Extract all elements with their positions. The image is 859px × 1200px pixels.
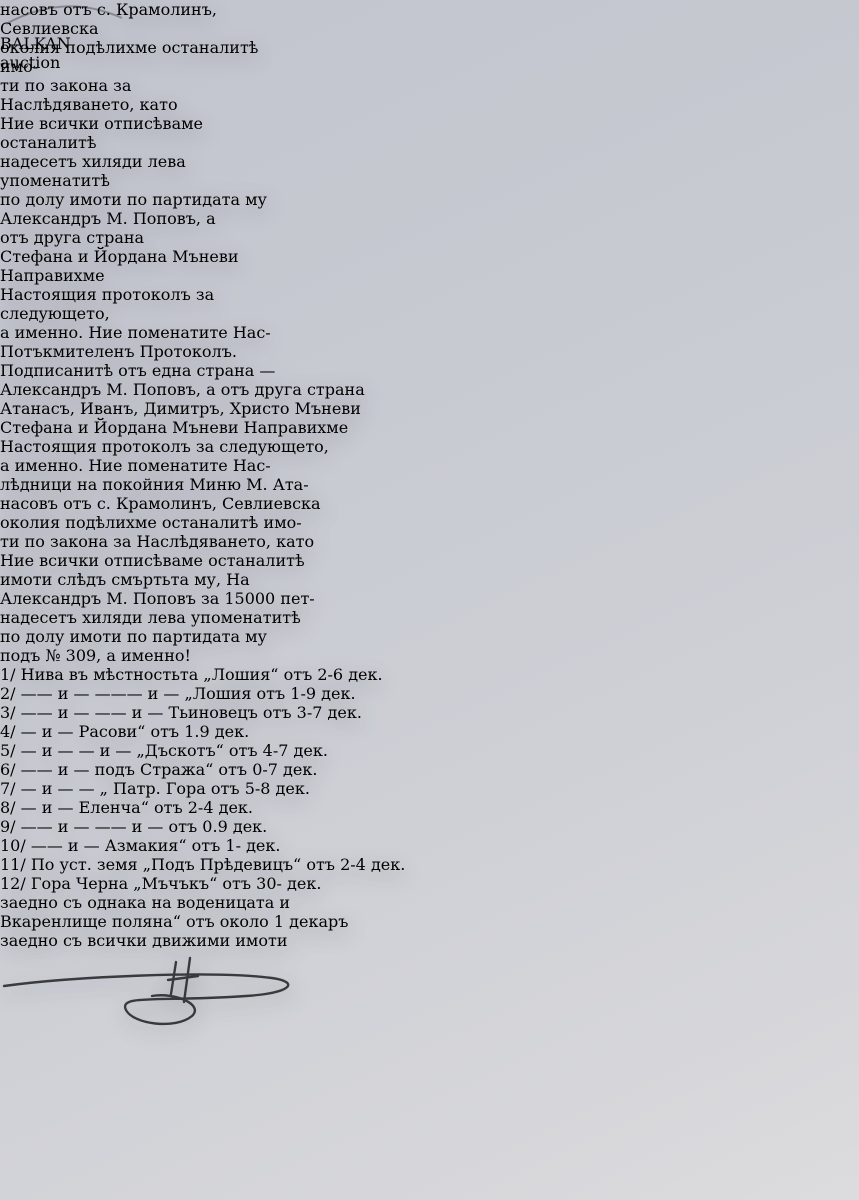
handwritten-line: подъ № 309, а именно! (0, 646, 859, 665)
item-number: 1/ (0, 665, 16, 684)
handwritten-line: а именно. Ние поменатите Нас- (0, 456, 859, 475)
item-range: 5-8 (245, 779, 271, 798)
item-unit: дек. (348, 665, 382, 684)
item-name: —— и — ——— и — „Лошия (21, 684, 252, 703)
item-name: —— и — —— и — Тьиновецъ (21, 703, 258, 722)
item-number: 5/ (0, 741, 16, 760)
list-item: 12/ Гора Черна „Мъчъкъ“ отъ 30- дек. (0, 874, 859, 893)
handwritten-line: заедно съ однака на воденицата и (0, 893, 859, 912)
item-from: отъ (306, 855, 335, 874)
item-name: — и — Расови“ (21, 722, 146, 741)
handwritten-line: околия подѣлихме останалитѣ имо- (0, 513, 859, 532)
item-unit: дек. (215, 722, 249, 741)
item-range: 2-6 (317, 665, 343, 684)
handwritten-line: Настоящия протоколъ за следующето, (0, 437, 859, 456)
item-range: 3-7 (297, 703, 323, 722)
closing-block: заедно съ однака на воденицата иВкаренли… (0, 893, 859, 950)
handwritten-line: Подписанитѣ отъ една страна — (0, 361, 859, 380)
item-unit: дек. (219, 798, 253, 817)
list-item: 8/ — и — Еленча“ отъ 2-4 дек. (0, 798, 859, 817)
item-from: отъ (229, 741, 258, 760)
list-item: 1/ Нива въ мѣстностьта „Лошия“ отъ 2-6 д… (0, 665, 859, 684)
paragraph-block: Подписанитѣ отъ една страна —Александръ … (0, 361, 859, 665)
item-number: 6/ (0, 760, 16, 779)
photograph-background: насовъ отъ с. Крамолинъ, Севлиевскаоколи… (0, 0, 859, 1200)
item-range: 1.9 (184, 722, 209, 741)
item-range: 1-9 (290, 684, 316, 703)
item-unit: дек. (328, 703, 362, 722)
list-item: 6/ —— и — подъ Стража“ отъ 0-7 дек. (0, 760, 859, 779)
item-range: 4-7 (263, 741, 289, 760)
item-number: 12/ (0, 874, 26, 893)
item-number: 3/ (0, 703, 16, 722)
item-from: отъ (192, 836, 221, 855)
handwritten-line: насовъ отъ с. Крамолинъ, Севлиевска (0, 494, 859, 513)
paper-shadow: насовъ отъ с. Крамолинъ, Севлиевскаоколи… (0, 0, 859, 1200)
item-unit: дек. (287, 874, 321, 893)
item-unit: дек. (233, 817, 267, 836)
item-range: 30- (256, 874, 282, 893)
list-item: 9/ —— и — —— и — отъ 0.9 дек. (0, 817, 859, 836)
item-unit: дек. (294, 741, 328, 760)
item-from: отъ (154, 798, 183, 817)
list-item: 2/ —— и — ——— и — „Лошия отъ 1-9 дек. (0, 684, 859, 703)
handwritten-line: Александръ М. Поповъ за 15000 пет- (0, 589, 859, 608)
item-name: Нива въ мѣстностьта „Лошия“ (21, 665, 279, 684)
item-unit: дек. (371, 855, 405, 874)
handwritten-line: Александръ М. Поповъ, а отъ друга страна (0, 380, 859, 399)
item-from: отъ (169, 817, 198, 836)
handwritten-line: надесетъ хиляди лева упоменатитѣ (0, 608, 859, 627)
item-name: По уст. земя „Подъ Прѣдевицъ“ (31, 855, 301, 874)
handwritten-content: Потъкмителенъ Протоколъ. Подписанитѣ отъ… (0, 342, 859, 950)
document-title: Потъкмителенъ Протоколъ. (0, 342, 859, 361)
handwritten-line: заедно съ всички движими имоти (0, 931, 859, 950)
item-unit: дек. (246, 836, 280, 855)
item-number: 10/ (0, 836, 26, 855)
list-item: 4/ — и — Расови“ отъ 1.9 дек. (0, 722, 859, 741)
item-name: —— и — подъ Стража“ (21, 760, 214, 779)
item-from: отъ (150, 722, 179, 741)
handwritten-line: Стефана и Йордана Мъневи Направихме (0, 418, 859, 437)
bleed-through-text: насовъ отъ с. Крамолинъ, Севлиевскаоколи… (0, 0, 859, 342)
list-item: 11/ По уст. земя „Подъ Прѣдевицъ“ отъ 2-… (0, 855, 859, 874)
item-unit: дек. (283, 760, 317, 779)
item-name: — и — — и — „Дъскотъ“ (21, 741, 224, 760)
item-range: 2-4 (188, 798, 214, 817)
handwritten-line: по долу имоти по партидата му (0, 627, 859, 646)
item-from: отъ (211, 779, 240, 798)
handwritten-line: Ние всички отписѣваме останалитѣ (0, 551, 859, 570)
item-from: отъ (218, 760, 247, 779)
item-range: 1- (225, 836, 241, 855)
handwritten-line: имоти слѣдъ смъртьта му, На (0, 570, 859, 589)
item-number: 9/ (0, 817, 16, 836)
list-item: 7/ — и — — „ Патр. Гора отъ 5-8 дек. (0, 779, 859, 798)
list-item: 10/ —— и — Азмакия“ отъ 1- дек. (0, 836, 859, 855)
item-unit: дек. (321, 684, 355, 703)
signature-flourish (0, 950, 310, 1045)
item-range: 2-4 (340, 855, 366, 874)
item-number: 7/ (0, 779, 16, 798)
item-name: — и — Еленча“ (21, 798, 149, 817)
item-number: 2/ (0, 684, 16, 703)
item-number: 11/ (0, 855, 26, 874)
item-range: 0-7 (252, 760, 278, 779)
item-number: 4/ (0, 722, 16, 741)
property-list: 1/ Нива въ мѣстностьта „Лошия“ отъ 2-6 д… (0, 665, 859, 893)
item-name: Гора Черна „Мъчъкъ“ (31, 874, 217, 893)
item-name: — и — — „ Патр. Гора (21, 779, 206, 798)
handwritten-line: Атанасъ, Иванъ, Димитръ, Христо Мъневи (0, 399, 859, 418)
item-number: 8/ (0, 798, 16, 817)
item-range: 0.9 (202, 817, 227, 836)
handwritten-line: лѣдници на покойния Миню М. Ата- (0, 475, 859, 494)
item-from: отъ (222, 874, 251, 893)
item-unit: дек. (276, 779, 310, 798)
item-from: отъ (257, 684, 286, 703)
document-paper: насовъ отъ с. Крамолинъ, Севлиевскаоколи… (0, 0, 859, 1200)
item-name: —— и — —— и — (21, 817, 164, 836)
handwritten-line: Вкаренлище поляна“ отъ около 1 декаръ (0, 912, 859, 931)
list-item: 5/ — и — — и — „Дъскотъ“ отъ 4-7 дек. (0, 741, 859, 760)
item-from: отъ (263, 703, 292, 722)
handwritten-line: ти по закона за Наслѣдяването, като (0, 532, 859, 551)
item-from: отъ (284, 665, 313, 684)
item-name: —— и — Азмакия“ (31, 836, 187, 855)
list-item: 3/ —— и — —— и — Тьиновецъ отъ 3-7 дек. (0, 703, 859, 722)
